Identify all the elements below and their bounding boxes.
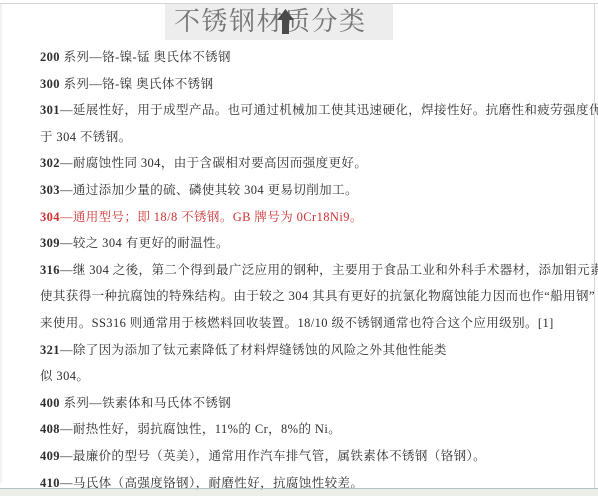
bottom-border <box>0 488 598 489</box>
grade-number: 316 <box>40 263 60 277</box>
line-text: —延展性好，用于成型产品。也可通过机械加工使其迅速硬化，焊接性好。抗磨性和疲劳强… <box>60 103 598 117</box>
grade-number: 304 <box>40 210 60 224</box>
text-line-highlighted: 304—通用型号；即 18/8 不锈钢。GB 牌号为 0Cr18Ni9。 <box>40 204 570 231</box>
text-line: 使其获得一种抗腐蚀的特殊结构。由于较之 304 其具有更好的抗氯化物腐蚀能力因而… <box>40 283 570 310</box>
grade-number: 200 <box>40 50 60 64</box>
line-text: —通用型号；即 18/8 不锈钢。GB 牌号为 0Cr18Ni9。 <box>60 210 363 224</box>
right-border <box>594 3 595 489</box>
text-line: 302—耐腐蚀性同 304，由于含碳相对要高因而强度更好。 <box>40 150 570 177</box>
line-text: 系列—铬-镍-锰 奥氏体不锈钢 <box>60 50 231 64</box>
text-line: 408—耐热性好，弱抗腐蚀性，11%的 Cr，8%的 Ni。 <box>40 416 570 443</box>
line-text: 系列—铬-镍 奥氏体不锈钢 <box>60 77 214 91</box>
line-text: 使其获得一种抗腐蚀的特殊结构。由于较之 304 其具有更好的抗氯化物腐蚀能力因而… <box>40 289 595 303</box>
up-arrow-icon <box>277 9 294 34</box>
top-border <box>0 3 598 4</box>
text-line: 301—延展性好，用于成型产品。也可通过机械加工使其迅速硬化，焊接性好。抗磨性和… <box>40 97 570 124</box>
line-text: 于 304 不锈钢。 <box>40 130 132 144</box>
text-line: 300 系列—铬-镍 奥氏体不锈钢 <box>40 71 570 98</box>
grade-number: 309 <box>40 236 60 250</box>
line-text: 似 304。 <box>40 369 89 383</box>
text-line: 400 系列—铁素体和马氏体不锈钢 <box>40 390 570 417</box>
line-text: —通过添加少量的硫、磷使其较 304 更易切削加工。 <box>60 183 358 197</box>
grade-number: 300 <box>40 77 60 91</box>
grade-number: 303 <box>40 183 60 197</box>
text-line: 似 304。 <box>40 363 570 390</box>
line-text: —继 304 之後，第二个得到最广泛应用的钢种，主要用于食品工业和外科手术器材，… <box>60 263 598 277</box>
text-line: 309—较之 304 有更好的耐温性。 <box>40 230 570 257</box>
document-page: 不锈钢材质分类 200 系列—铬-镍-锰 奥氏体不锈钢 300 系列—铬-镍 奥… <box>0 0 598 496</box>
text-line: 409—最廉价的型号（英美），通常用作汽车排气管，属铁素体不锈钢（铬钢）。 <box>40 443 570 470</box>
text-line: 410—马氏体（高强度铬钢），耐磨性好，抗腐蚀性较差。 <box>40 470 570 496</box>
line-text: 来使用。SS316 则通常用于核燃料回收装置。18/10 级不锈钢通常也符合这个… <box>40 316 554 330</box>
grade-number: 302 <box>40 156 60 170</box>
document-body: 200 系列—铬-镍-锰 奥氏体不锈钢 300 系列—铬-镍 奥氏体不锈钢 30… <box>40 44 570 496</box>
line-text: 系列—铁素体和马氏体不锈钢 <box>60 396 231 410</box>
text-line: 来使用。SS316 则通常用于核燃料回收装置。18/10 级不锈钢通常也符合这个… <box>40 310 570 337</box>
line-text: —除了因为添加了钛元素降低了材料焊缝锈蚀的风险之外其他性能类 <box>60 343 447 357</box>
grade-number: 301 <box>40 103 60 117</box>
text-line: 321—除了因为添加了钛元素降低了材料焊缝锈蚀的风险之外其他性能类 <box>40 337 570 364</box>
grade-number: 409 <box>40 449 60 463</box>
text-line: 200 系列—铬-镍-锰 奥氏体不锈钢 <box>40 44 570 71</box>
grade-number: 400 <box>40 396 60 410</box>
grade-number: 321 <box>40 343 60 357</box>
text-line: 303—通过添加少量的硫、磷使其较 304 更易切削加工。 <box>40 177 570 204</box>
text-line: 于 304 不锈钢。 <box>40 124 570 151</box>
text-line: 316—继 304 之後，第二个得到最广泛应用的钢种，主要用于食品工业和外科手术… <box>40 257 570 284</box>
grade-number: 408 <box>40 422 60 436</box>
line-text: —最廉价的型号（英美），通常用作汽车排气管，属铁素体不锈钢（铬钢）。 <box>60 449 486 463</box>
line-text: —耐腐蚀性同 304，由于含碳相对要高因而强度更好。 <box>60 156 367 170</box>
line-text: —耐热性好，弱抗腐蚀性，11%的 Cr，8%的 Ni。 <box>60 422 341 436</box>
left-edge <box>0 3 2 483</box>
line-text: —较之 304 有更好的耐温性。 <box>60 236 229 250</box>
